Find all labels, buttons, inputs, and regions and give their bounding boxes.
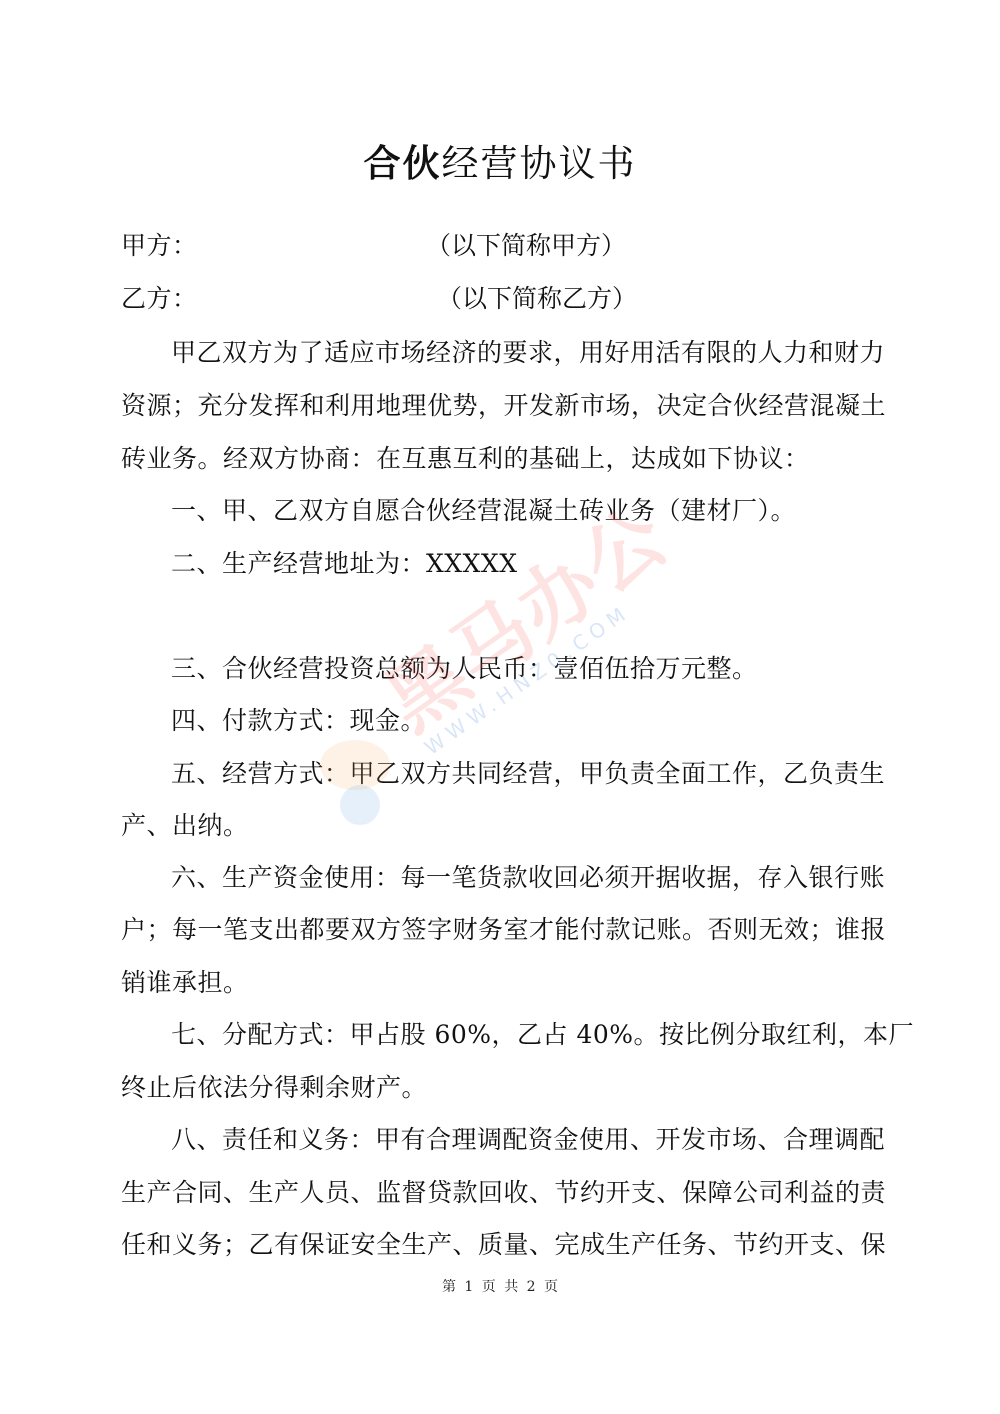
preamble-line-1: 甲乙双方为了适应市场经济的要求，用好用活有限的人力和财力 [171, 338, 885, 368]
document-page: 合伙经营协议书 甲方： （以下简称甲方） 乙方： （以下简称乙方） 甲乙双方为了… [0, 0, 1000, 1414]
clause-6-line-2: 户；每一笔支出都要双方签字财务室才能付款记账。否则无效；谁报 [121, 915, 886, 945]
clause-5-line-2: 产、出纳。 [121, 811, 249, 841]
title-bold-part: 合伙 [364, 142, 442, 185]
clause-7-line-1: 七、分配方式：甲占股 60%，乙占 40%。按比例分取红利，本厂 [171, 1020, 914, 1050]
clause-3: 三、合伙经营投资总额为人民币：壹佰伍拾万元整。 [171, 654, 758, 684]
clause-4: 四、付款方式：现金。 [171, 706, 426, 736]
clause-2: 二、生产经营地址为：XXXXX [171, 549, 518, 579]
party-a-suffix: （以下简称甲方） [426, 231, 626, 261]
party-b-label: 乙方： [121, 284, 198, 314]
clause-5-line-1: 五、经营方式：甲乙双方共同经营，甲负责全面工作，乙负责生 [171, 759, 885, 789]
clause-8-line-2: 生产合同、生产人员、监督贷款回收、节约开支、保障公司利益的责 [121, 1178, 886, 1208]
clause-8-line-1: 八、责任和义务：甲有合理调配资金使用、开发市场、合理调配 [171, 1125, 885, 1155]
clause-7-line-2: 终止后依法分得剩余财产。 [121, 1073, 427, 1103]
clause-1: 一、甲、乙双方自愿合伙经营混凝土砖业务（建材厂）。 [171, 496, 796, 526]
preamble-line-2: 资源；充分发挥和利用地理优势，开发新市场，决定合伙经营混凝土 [121, 391, 886, 421]
clause-6-line-3: 销谁承担。 [121, 968, 249, 998]
clause-8-line-3: 任和义务；乙有保证安全生产、质量、完成生产任务、节约开支、保 [121, 1230, 886, 1260]
party-b-suffix: （以下简称乙方） [437, 284, 637, 314]
document-title: 合伙经营协议书 [0, 133, 1000, 187]
page-footer: 第 1 页 共 2 页 [0, 1276, 1000, 1296]
preamble-line-3: 砖业务。经双方协商：在互惠互利的基础上，达成如下协议： [121, 444, 810, 474]
watermark-logo-blob-blue [340, 785, 380, 825]
clause-6-line-1: 六、生产资金使用：每一笔货款收回必须开据收据，存入银行账 [171, 863, 885, 893]
party-a-label: 甲方： [121, 231, 198, 261]
title-rest-part: 经营协议书 [442, 142, 637, 185]
